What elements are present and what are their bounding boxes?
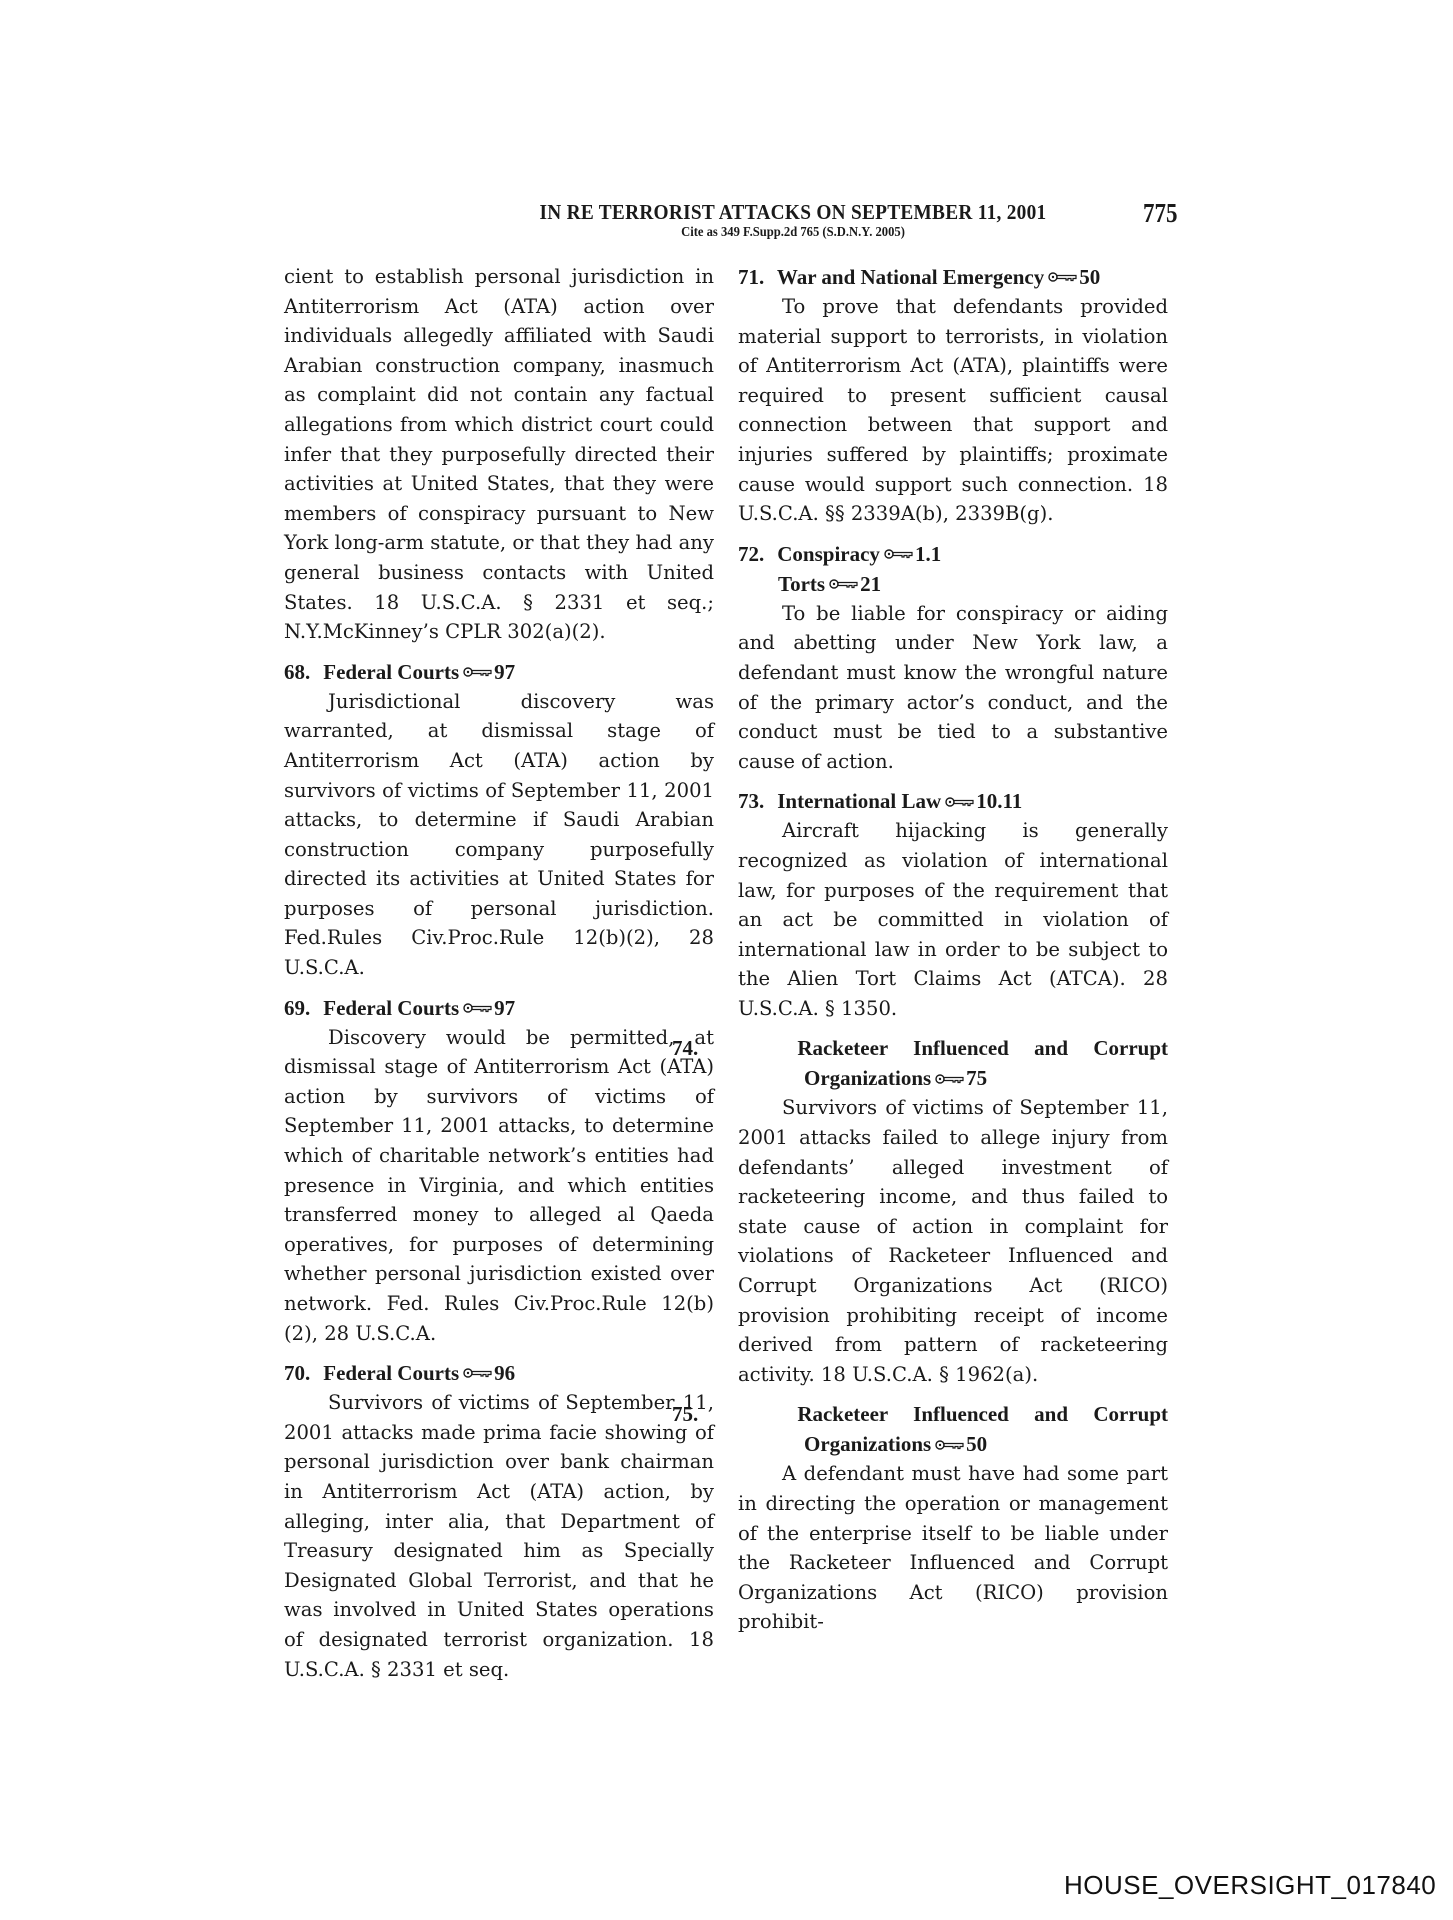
headnote-number: 75.	[738, 1399, 772, 1429]
key-number: 96	[494, 1361, 515, 1385]
headnote-topic: Federal Courts	[323, 996, 459, 1020]
key-number: 50	[966, 1432, 987, 1456]
key-number: 21	[860, 572, 881, 596]
headnote-topic: Federal Courts	[323, 1361, 459, 1385]
headnote-69: 69. Federal Courts97 Discovery would be …	[284, 993, 714, 1349]
west-key-number-icon	[463, 1002, 493, 1014]
headnote-heading: 74. Racketeer Influenced and Corrupt Org…	[738, 1033, 1168, 1093]
headnote-73: 73. International Law10.11 Aircraft hija…	[738, 786, 1168, 1023]
headnote-topic: Federal Courts	[323, 660, 459, 684]
west-key-number-icon	[1048, 271, 1078, 283]
headnote-continuation: cient to establish personal jurisdiction…	[284, 262, 714, 647]
headnote-74: 74. Racketeer Influenced and Corrupt Org…	[738, 1033, 1168, 1389]
headnote-72: 72. Conspiracy1.1 Torts21 To be liable f…	[738, 539, 1168, 777]
west-key-number-icon	[935, 1073, 965, 1085]
west-key-number-icon	[945, 796, 975, 808]
west-key-number-icon	[463, 1367, 493, 1379]
headnote-heading: 75. Racketeer Influenced and Corrupt Org…	[738, 1399, 1168, 1459]
headnote-text: To prove that defendants provided materi…	[738, 292, 1168, 529]
headnote-number: 74.	[738, 1033, 772, 1063]
running-head: IN RE TERRORIST ATTACKS ON SEPTEMBER 11,…	[418, 200, 1168, 242]
key-number: 1.1	[915, 542, 941, 566]
running-title: IN RE TERRORIST ATTACKS ON SEPTEMBER 11,…	[448, 200, 1138, 224]
headnote-text: Discovery would be permitted, at dismiss…	[284, 1023, 714, 1349]
key-number: 10.11	[976, 789, 1022, 813]
right-column: 71. War and National Emergency50 To prov…	[738, 262, 1168, 1637]
headnote-topic: International Law	[777, 789, 941, 813]
headnote-text: Jurisdictional discovery was warranted, …	[284, 687, 714, 983]
headnote-68: 68. Federal Courts97 Jurisdictional disc…	[284, 657, 714, 983]
headnote-subheading: Torts21	[738, 569, 1168, 599]
headnote-text: Survivors of victims of September 11, 20…	[738, 1093, 1168, 1389]
key-number: 75	[966, 1066, 987, 1090]
bates-number: HOUSE_OVERSIGHT_017840	[1064, 1870, 1436, 1901]
headnote-heading: 73. International Law10.11	[738, 786, 1168, 816]
headnote-text: cient to establish personal jurisdiction…	[284, 262, 714, 647]
west-key-number-icon	[463, 666, 493, 678]
headnote-text: Aircraft hijacking is generally recogniz…	[738, 816, 1168, 1023]
key-number: 50	[1079, 265, 1100, 289]
page-number: 775	[1143, 198, 1177, 229]
headnote-number: 73.	[738, 786, 772, 816]
headnote-number: 71.	[738, 262, 772, 292]
citation-line: Cite as 349 F.Supp.2d 765 (S.D.N.Y. 2005…	[456, 224, 1131, 242]
west-key-number-icon	[884, 548, 914, 560]
west-key-number-icon	[935, 1439, 965, 1451]
document-page: IN RE TERRORIST ATTACKS ON SEPTEMBER 11,…	[0, 0, 1453, 1920]
headnote-heading: 68. Federal Courts97	[284, 657, 714, 687]
headnote-heading: 70. Federal Courts96	[284, 1358, 714, 1388]
headnote-heading: 71. War and National Emergency50	[738, 262, 1168, 292]
headnote-70: 70. Federal Courts96 Survivors of victim…	[284, 1358, 714, 1684]
headnote-number: 70.	[284, 1358, 318, 1388]
headnote-heading: 72. Conspiracy1.1	[738, 539, 1168, 569]
headnote-75: 75. Racketeer Influenced and Corrupt Org…	[738, 1399, 1168, 1637]
headnote-71: 71. War and National Emergency50 To prov…	[738, 262, 1168, 529]
headnote-text: Survivors of victims of September 11, 20…	[284, 1388, 714, 1684]
key-number: 97	[494, 660, 515, 684]
headnote-number: 72.	[738, 539, 772, 569]
key-number: 97	[494, 996, 515, 1020]
headnote-number: 69.	[284, 993, 318, 1023]
left-column: cient to establish personal jurisdiction…	[284, 262, 714, 1684]
headnote-text: A defendant must have had some part in d…	[738, 1459, 1168, 1637]
west-key-number-icon	[829, 578, 859, 590]
headnote-text: To be liable for conspiracy or aiding an…	[738, 599, 1168, 777]
headnote-subtopic: Torts	[778, 572, 825, 596]
headnote-heading: 69. Federal Courts97	[284, 993, 714, 1023]
headnote-topic: Conspiracy	[777, 542, 880, 566]
headnote-number: 68.	[284, 657, 318, 687]
headnote-topic: War and National Emergency	[777, 265, 1044, 289]
